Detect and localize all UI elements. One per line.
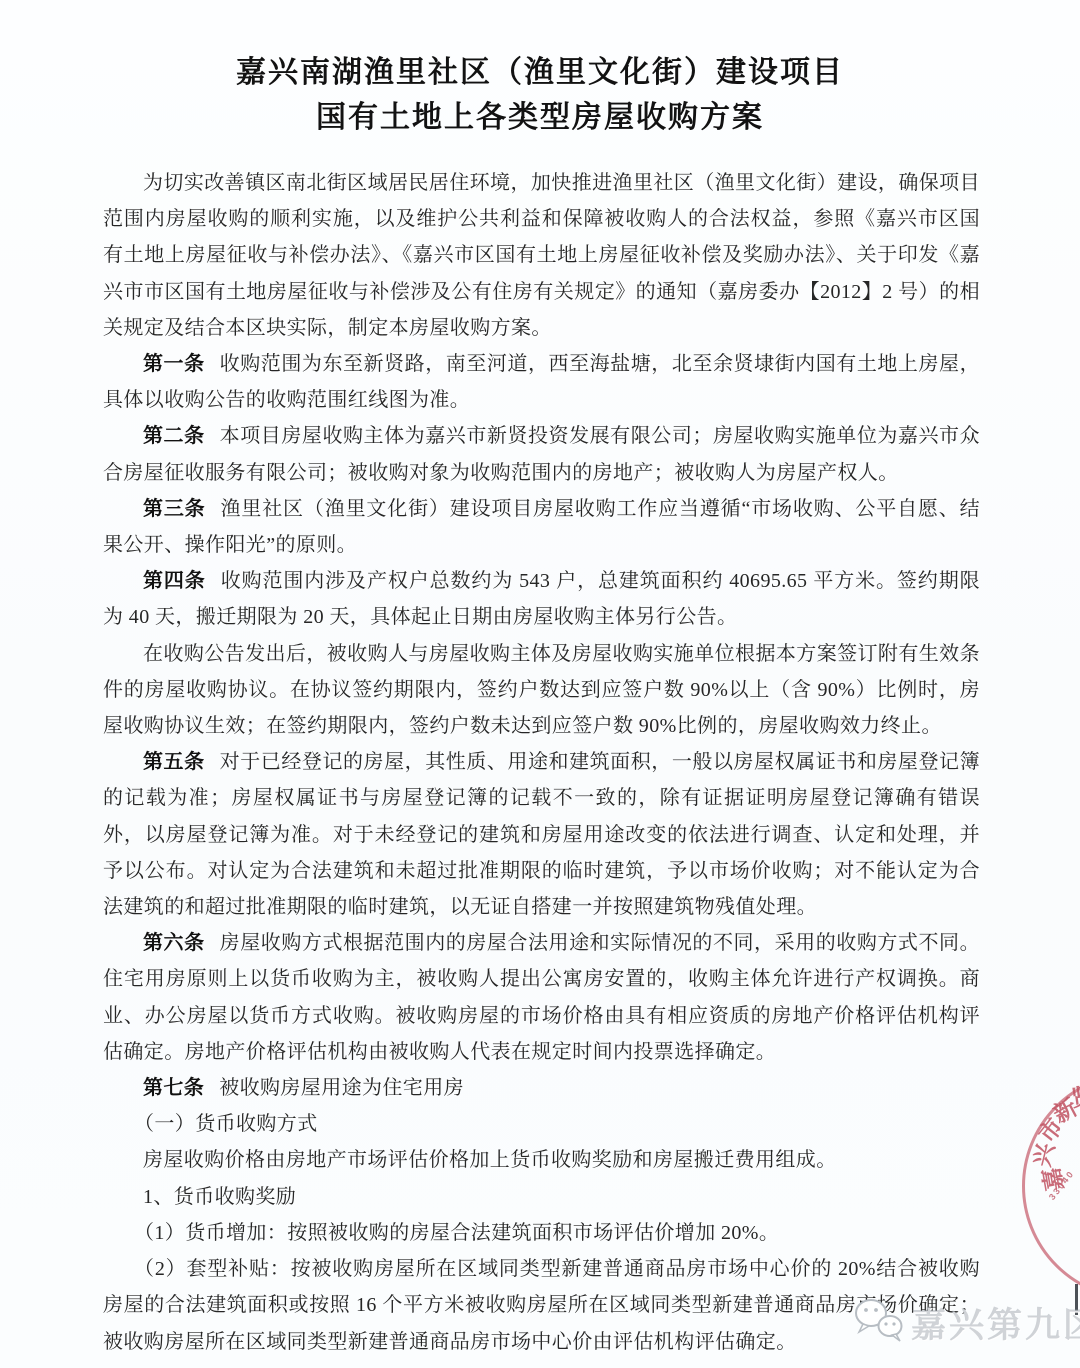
paragraph-text: 本项目房屋收购主体为嘉兴市新贤投资发展有限公司；房屋收购实施单位为嘉兴市众合房屋…: [103, 425, 980, 483]
clause-label: 第五条: [143, 751, 205, 773]
paragraph: 第三条渔里社区（渔里文化街）建设项目房屋收购工作应当遵循“市场收购、公平自愿、结…: [103, 491, 980, 563]
title-line-2: 国有土地上各类型房屋收购方案: [60, 95, 1020, 140]
paragraph: 第一条收购范围为东至新贤路，南至河道，西至海盐塘，北至余贤埭街内国有土地上房屋，…: [103, 346, 980, 418]
clause-label: 第一条: [143, 353, 205, 375]
seal-registration-digits: 33040: [1047, 1168, 1076, 1202]
document-title: 嘉兴南湖渔里社区（渔里文化街）建设项目 国有土地上各类型房屋收购方案: [60, 50, 1020, 140]
document-body: 为切实改善镇区南北街区域居民居住环境，加快推进渔里社区（渔里文化街）建设，确保项…: [103, 165, 980, 1360]
official-seal: 嘉 兴 市 新 贤 33040: [1008, 1062, 1080, 1307]
paragraph: （2）套型补贴：按被收购房屋所在区域同类型新建普通商品房市场中心价的 20%结合…: [103, 1251, 980, 1360]
paragraph-text: 被收购房屋用途为住宅用房: [219, 1077, 464, 1099]
seal-character: 新: [1047, 1090, 1080, 1130]
paragraph: 第五条对于已经登记的房屋，其性质、用途和建筑面积，一般以房屋权属证书和房屋登记簿…: [103, 744, 980, 925]
paragraph: 第六条房屋收购方式根据范围内的房屋合法用途和实际情况的不同，采用的收购方式不同。…: [103, 925, 980, 1070]
paragraph: 第七条被收购房屋用途为住宅用房: [103, 1070, 980, 1106]
seal-character: 嘉: [1033, 1165, 1069, 1193]
seal-character: 贤: [1069, 1078, 1080, 1114]
paragraph-text: 房屋收购价格由房地产市场评估价格加上货币收购奖励和房屋搬迁费用组成。: [143, 1149, 837, 1171]
paragraph-text: 1、货币收购奖励: [143, 1186, 296, 1208]
paragraph-text: （一）货币收购方式: [134, 1113, 318, 1135]
paragraph: 在收购公告发出后，被收购人与房屋收购主体及房屋收购实施单位根据本方案签订附有生效…: [103, 636, 980, 745]
scan-edge-artifact: [1075, 1284, 1078, 1315]
paragraph-text: 为切实改善镇区南北街区域居民居住环境，加快推进渔里社区（渔里文化街）建设，确保项…: [103, 172, 980, 339]
paragraph-text: 收购范围内涉及产权户总数约为 543 户，总建筑面积约 40695.65 平方米…: [103, 570, 980, 628]
clause-label: 第七条: [143, 1077, 204, 1099]
clause-label: 第四条: [143, 570, 206, 592]
clause-label: 第六条: [143, 932, 205, 954]
paragraph-text: 在收购公告发出后，被收购人与房屋收购主体及房屋收购实施单位根据本方案签订附有生效…: [103, 643, 980, 737]
paragraph: 第二条本项目房屋收购主体为嘉兴市新贤投资发展有限公司；房屋收购实施单位为嘉兴市众…: [103, 418, 980, 490]
paragraph: （1）货币增加：按照被收购的房屋合法建筑面积市场评估价增加 20%。: [103, 1215, 980, 1251]
seal-character: 市: [1029, 1110, 1069, 1148]
paragraph-text: 收购范围为东至新贤路，南至河道，西至海盐塘，北至余贤埭街内国有土地上房屋，具体以…: [103, 353, 980, 411]
paragraph: 房屋收购价格由房地产市场评估价格加上货币收购奖励和房屋搬迁费用组成。: [103, 1142, 980, 1178]
seal-character: 兴: [1024, 1139, 1062, 1169]
clause-label: 第三条: [143, 498, 206, 520]
seal-ring: [1022, 1072, 1080, 1300]
paragraph-text: （1）货币增加：按照被收购的房屋合法建筑面积市场评估价增加 20%。: [134, 1222, 779, 1244]
paragraph: 第四条收购范围内涉及产权户总数约为 543 户，总建筑面积约 40695.65 …: [103, 563, 980, 635]
paragraph: 为切实改善镇区南北街区域居民居住环境，加快推进渔里社区（渔里文化街）建设，确保项…: [103, 165, 980, 346]
document-page: 嘉兴南湖渔里社区（渔里文化街）建设项目 国有土地上各类型房屋收购方案 为切实改善…: [0, 0, 1080, 1368]
paragraph-text: 对于已经登记的房屋，其性质、用途和建筑面积，一般以房屋权属证书和房屋登记簿的记载…: [103, 751, 980, 918]
clause-label: 第二条: [143, 425, 205, 447]
paragraph-text: 渔里社区（渔里文化街）建设项目房屋收购工作应当遵循“市场收购、公平自愿、结果公开…: [103, 498, 980, 556]
title-line-1: 嘉兴南湖渔里社区（渔里文化街）建设项目: [60, 50, 1020, 95]
paragraph: 1、货币收购奖励: [103, 1179, 980, 1215]
paragraph-text: 房屋收购方式根据范围内的房屋合法用途和实际情况的不同，采用的收购方式不同。住宅用…: [103, 932, 980, 1063]
paragraph: （一）货币收购方式: [103, 1106, 980, 1142]
paragraph-text: （2）套型补贴：按被收购房屋所在区域同类型新建普通商品房市场中心价的 20%结合…: [103, 1258, 980, 1352]
